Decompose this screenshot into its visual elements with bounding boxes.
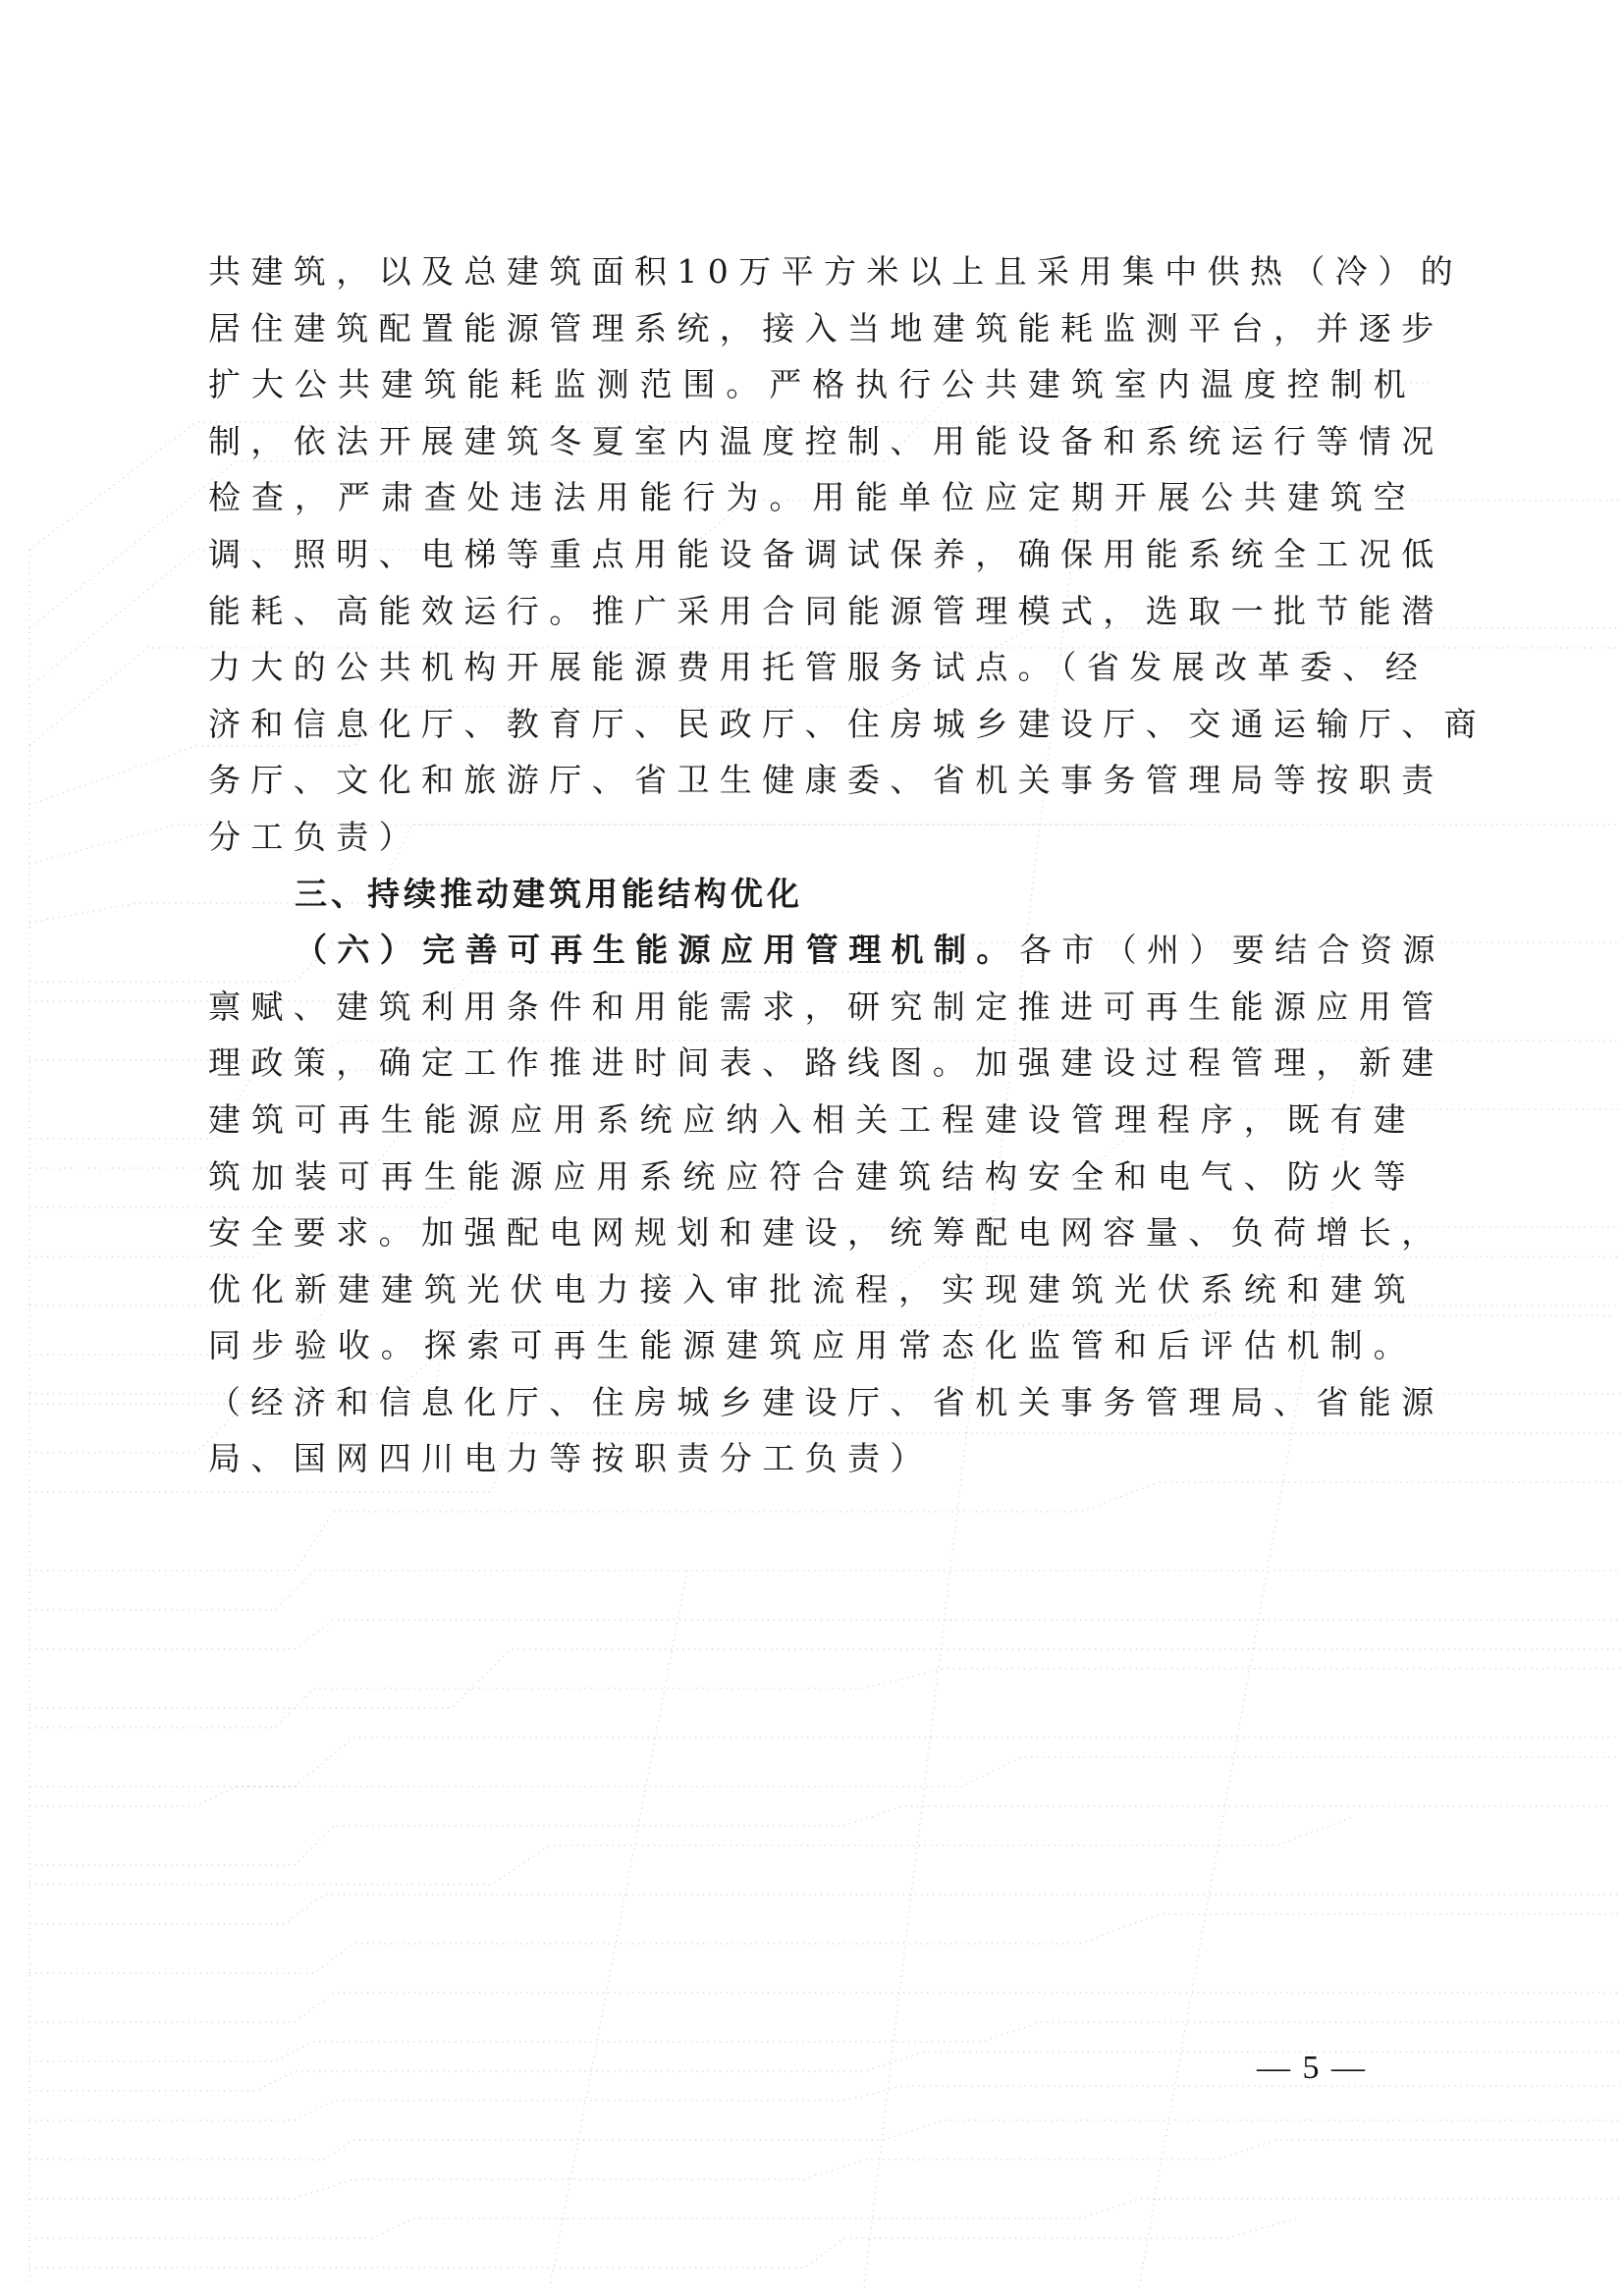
section-heading: 三、持续推动建筑用能结构优化 xyxy=(208,866,1416,923)
paragraph-line: 禀赋、建筑利用条件和用能需求，研究制定推进可再生能源应用管 xyxy=(208,979,1416,1036)
paragraph-line: 优化新建建筑光伏电力接入审批流程，实现建筑光伏系统和建筑 xyxy=(208,1261,1416,1318)
subsection-first-line: （六）完善可再生能源应用管理机制。各市（州）要结合资源 xyxy=(208,922,1416,979)
paragraph-line: 安全要求。加强配电网规划和建设，统筹配电网容量、负荷增长， xyxy=(208,1204,1416,1261)
paragraph-line: 务厅、文化和旅游厅、省卫生健康委、省机关事务管理局等按职责 xyxy=(208,752,1416,809)
paragraph-line: 检查，严肃查处违法用能行为。用能单位应定期开展公共建筑空 xyxy=(208,469,1416,526)
paragraph-line: 理政策，确定工作推进时间表、路线图。加强建设过程管理，新建 xyxy=(208,1035,1416,1092)
paragraph-line: 筑加装可再生能源应用系统应符合建筑结构安全和电气、防火等 xyxy=(208,1148,1416,1205)
paragraph-line: 局、国网四川电力等按职责分工负责） xyxy=(208,1430,1416,1487)
paragraph-line: 调、照明、电梯等重点用能设备调试保养，确保用能系统全工况低 xyxy=(208,526,1416,583)
paragraph-line: 能耗、高能效运行。推广采用合同能源管理模式，选取一批节能潜 xyxy=(208,583,1416,640)
document-page: 共建筑，以及总建筑面积10万平方米以上且采用集中供热（冷）的 居住建筑配置能源管… xyxy=(0,0,1624,2296)
paragraph-line: 分工负责） xyxy=(208,809,1416,866)
page-number: — 5 — xyxy=(1257,2050,1367,2087)
subsection-first-line-text: 各市（州）要结合资源 xyxy=(1019,931,1445,969)
paragraph-line: 共建筑，以及总建筑面积10万平方米以上且采用集中供热（冷）的 xyxy=(208,243,1416,300)
paragraph-line: 建筑可再生能源应用系统应纳入相关工程建设管理程序，既有建 xyxy=(208,1092,1416,1148)
paragraph-line: 力大的公共机构开展能源费用托管服务试点。（省发展改革委、经 xyxy=(208,639,1416,696)
paragraph-line: 同步验收。探索可再生能源建筑应用常态化监管和后评估机制。 xyxy=(208,1317,1416,1374)
body-text-block: 共建筑，以及总建筑面积10万平方米以上且采用集中供热（冷）的 居住建筑配置能源管… xyxy=(208,243,1416,1487)
paragraph-line: （经济和信息化厅、住房城乡建设厅、省机关事务管理局、省能源 xyxy=(208,1374,1416,1431)
paragraph-line: 居住建筑配置能源管理系统，接入当地建筑能耗监测平台，并逐步 xyxy=(208,300,1416,357)
paragraph-line: 济和信息化厅、教育厅、民政厅、住房城乡建设厅、交通运输厅、商 xyxy=(208,696,1416,753)
subsection-title: （六）完善可再生能源应用管理机制。 xyxy=(295,931,1019,969)
paragraph-line: 扩大公共建筑能耗监测范围。严格执行公共建筑室内温度控制机 xyxy=(208,356,1416,413)
paragraph-line: 制，依法开展建筑冬夏室内温度控制、用能设备和系统运行等情况 xyxy=(208,413,1416,470)
